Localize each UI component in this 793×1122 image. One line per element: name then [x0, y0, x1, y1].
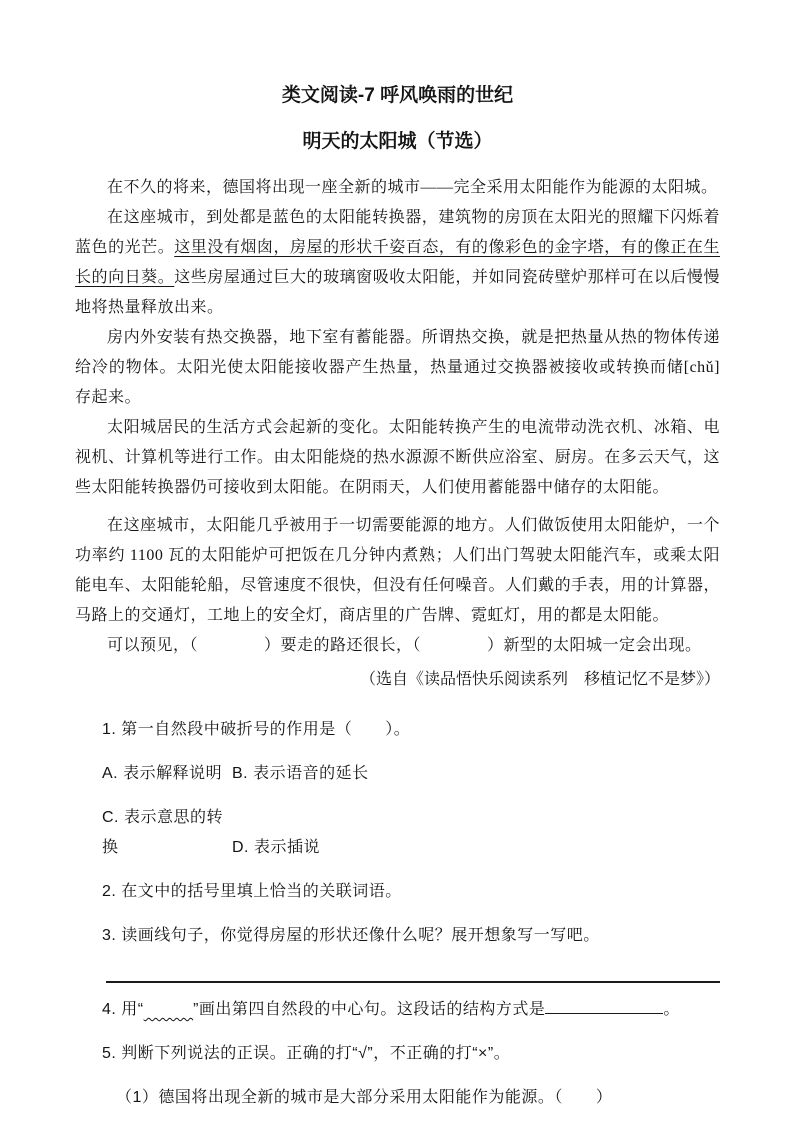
article-title: 明天的太阳城（节选）	[75, 131, 720, 153]
question-1-options-cd: C. 表示意思的转换D. 表示插说	[102, 803, 720, 863]
answer-line	[106, 981, 720, 983]
paragraph-4: 太阳城居民的生活方式会起新的变化。太阳能转换产生的电流带动洗衣机、冰箱、电视机、…	[75, 413, 720, 503]
paragraph-5: 在这座城市，太阳能几乎被用于一切需要能源的地方。人们做饭使用太阳能炉，一个功率约…	[75, 511, 720, 631]
option-b: B. 表示语音的延长	[232, 765, 369, 782]
paragraph-2: 在这座城市，到处都是蓝色的太阳能转换器，建筑物的房顶在太阳光的照耀下闪烁着蓝色的…	[75, 203, 720, 323]
question-4: 4. 用“ ”画出第四自然段的中心句。这段话的结构方式是。	[102, 995, 720, 1025]
page-title: 类文阅读-7 呼风唤雨的世纪	[75, 85, 720, 107]
answer-blank	[545, 998, 663, 1014]
question-2: 2. 在文中的括号里填上恰当的关联词语。	[102, 877, 720, 907]
option-d: D. 表示插说	[232, 839, 320, 856]
paragraph-3: 房内外安装有热交换器，地下室有蓄能器。所谓热交换，就是把热量从热的物体传递给冷的…	[75, 323, 720, 413]
question-4-text-mid: ”画出第四自然段的中心句。这段话的结构方式是	[193, 1001, 545, 1018]
article-body: 在不久的将来，德国将出现一座全新的城市——完全采用太阳能作为能源的太阳城。 在这…	[75, 173, 720, 695]
paragraph-1: 在不久的将来，德国将出现一座全新的城市——完全采用太阳能作为能源的太阳城。	[75, 173, 720, 203]
questions-section: 1. 第一自然段中破折号的作用是（ ）。 A. 表示解释说明B. 表示语音的延长…	[75, 715, 720, 1113]
wavy-line-mark	[144, 1001, 193, 1018]
question-5: 5. 判断下列说法的正误。正确的打“√”，不正确的打“×”。	[102, 1039, 720, 1069]
question-1-options-ab: A. 表示解释说明B. 表示语音的延长	[102, 759, 720, 789]
paragraph-6-with-blanks: 可以预见，（ ）要走的路还很长，（ ）新型的太阳城一定会出现。	[75, 631, 720, 661]
option-a: A. 表示解释说明	[102, 759, 232, 789]
question-3: 3. 读画线句子，你觉得房屋的形状还像什么呢？展开想象写一写吧。	[102, 921, 720, 951]
question-1: 1. 第一自然段中破折号的作用是（ ）。	[102, 715, 720, 745]
worksheet-page: 类文阅读-7 呼风唤雨的世纪 明天的太阳城（节选） 在不久的将来，德国将出现一座…	[0, 0, 793, 1122]
question-5-item-1: （1）德国将出现全新的城市是大部分采用太阳能作为能源。（ ）	[102, 1083, 720, 1113]
source-attribution: （选自《读品悟快乐阅读系列 移植记忆不是梦》）	[75, 665, 720, 695]
question-4-text: 4. 用“	[102, 1001, 144, 1018]
question-4-text-end: 。	[663, 1001, 680, 1018]
option-c: C. 表示意思的转换	[102, 803, 232, 863]
